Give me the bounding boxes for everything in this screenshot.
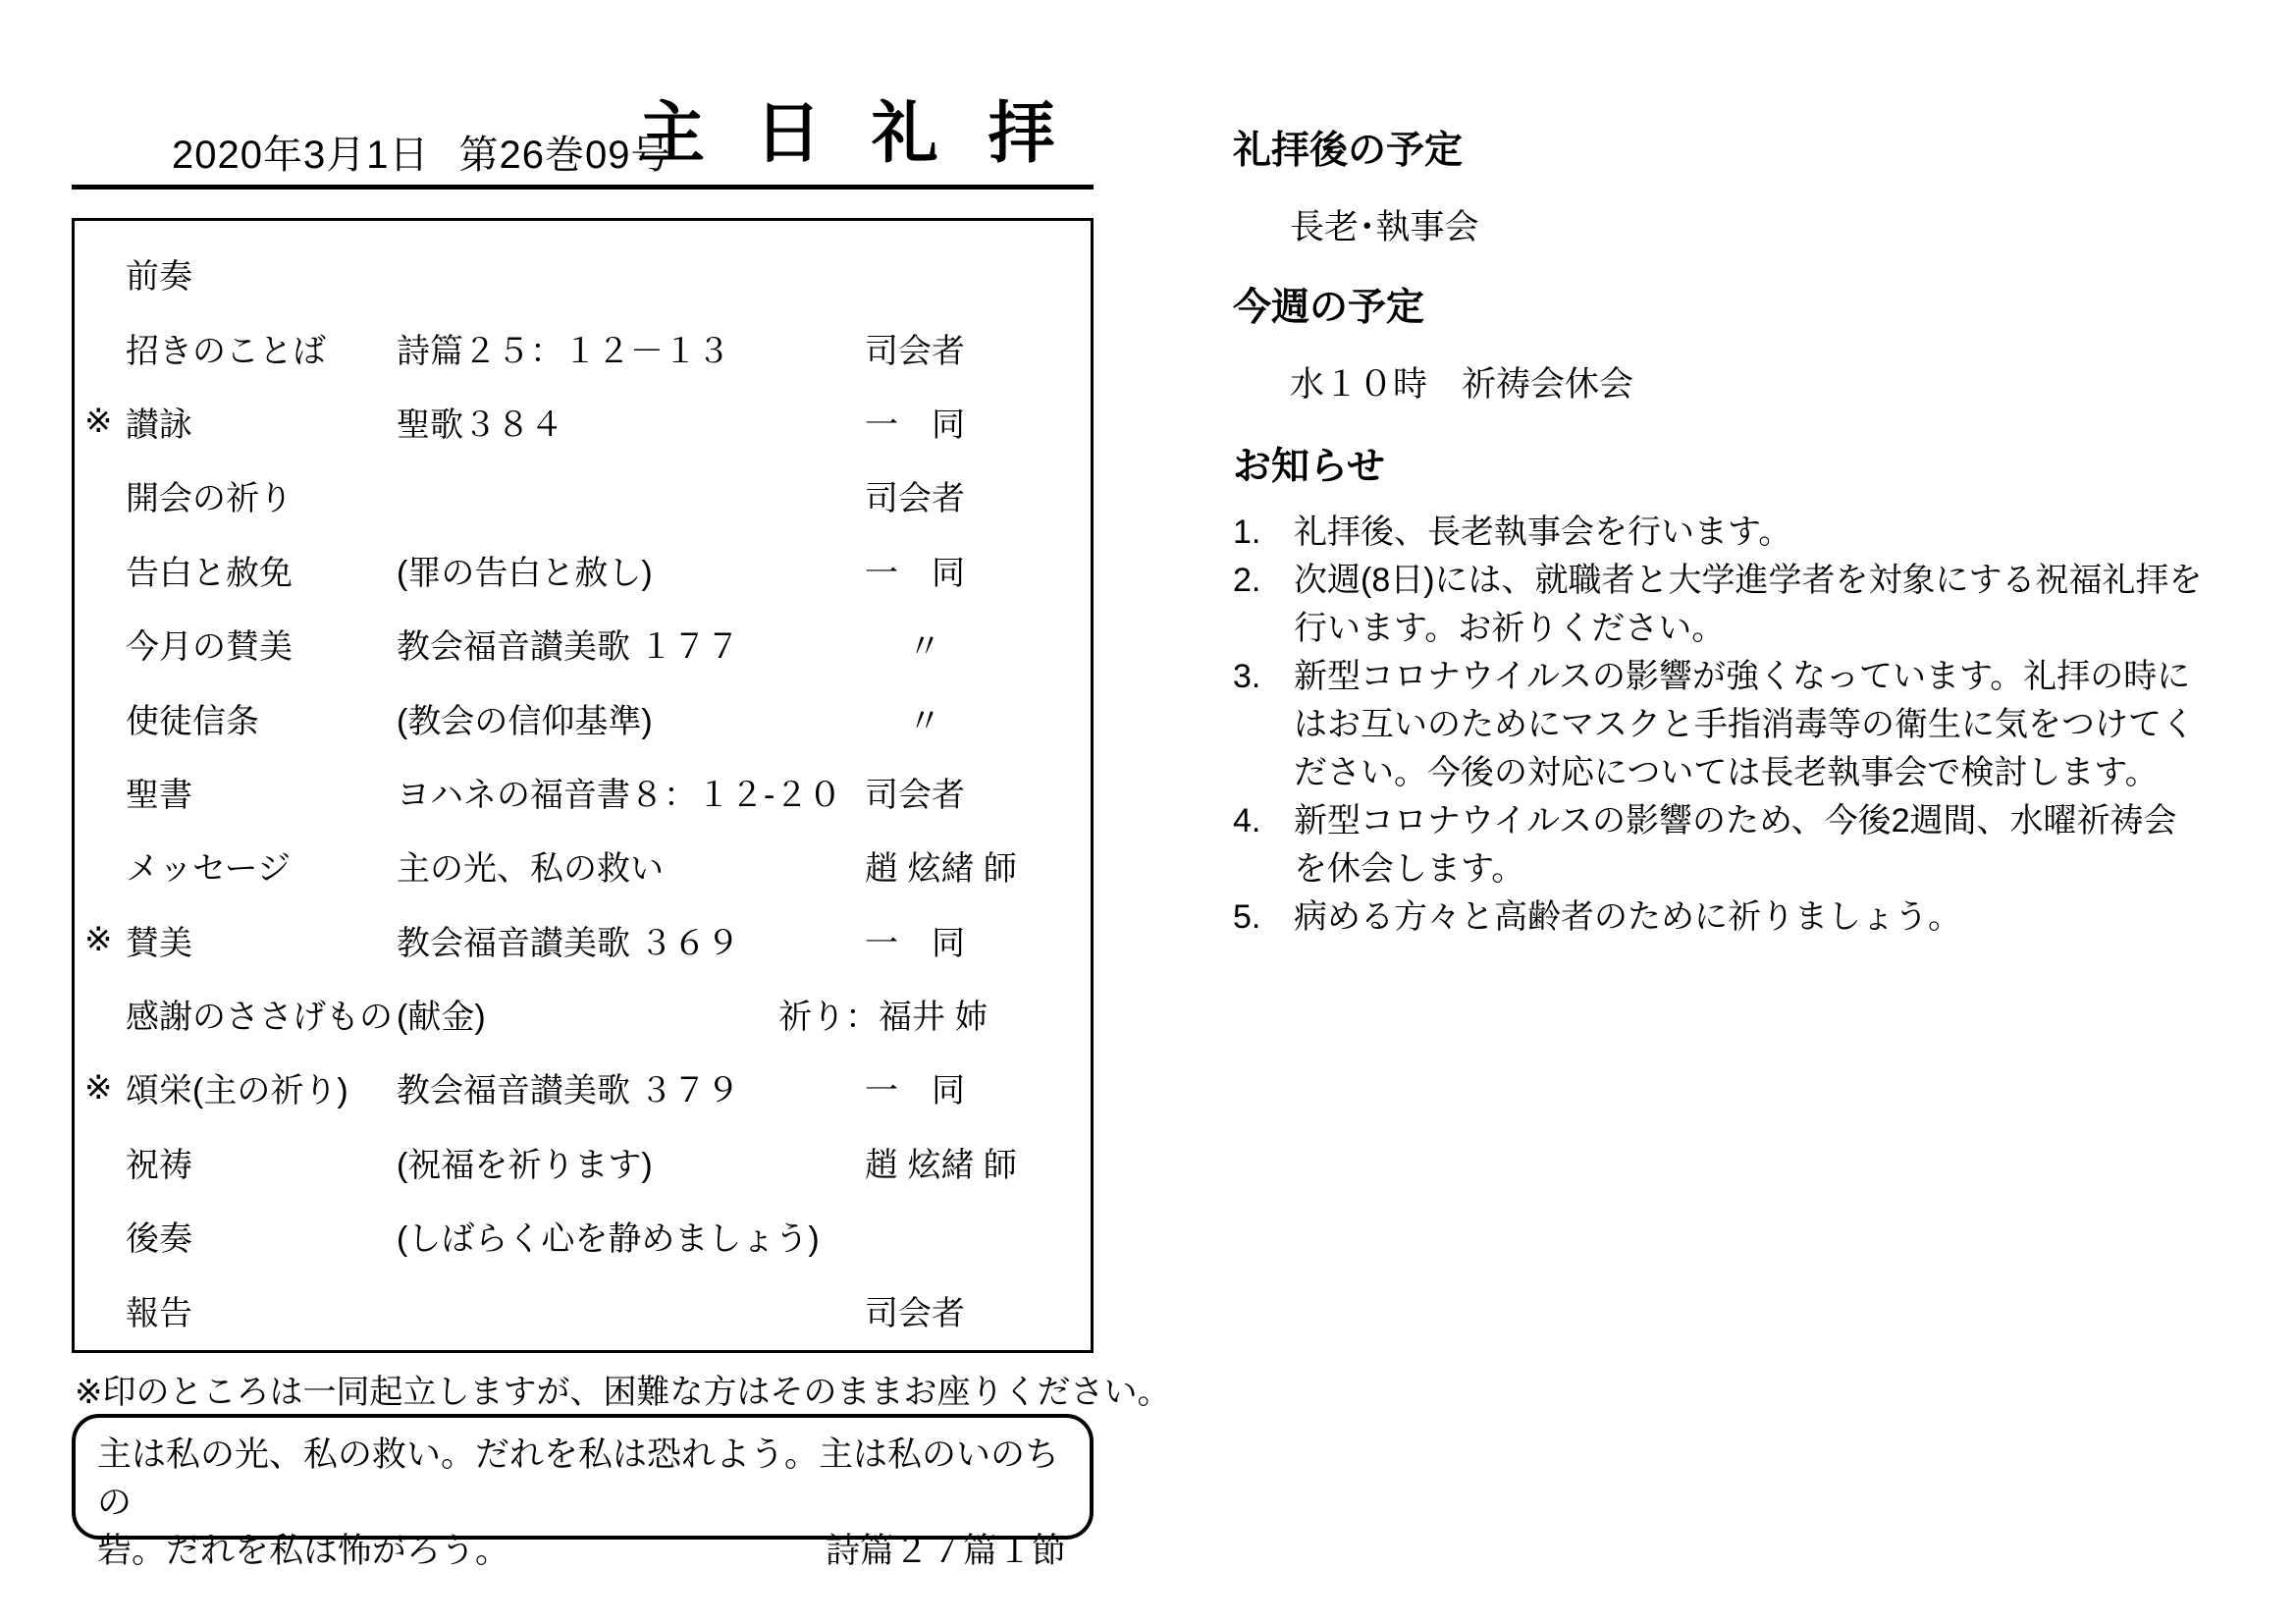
program-row-who: 司会者 xyxy=(865,324,965,372)
program-row-who: 司会者 xyxy=(865,1286,965,1334)
program-row-item: 聖書 xyxy=(126,768,397,816)
notice-text: 新型コロナウイルスの影響のため、今後2週間、水曜祈祷会を休会します。 xyxy=(1294,797,2207,893)
program-row-item: 報告 xyxy=(126,1286,397,1334)
program-row-item: 使徒信条 xyxy=(126,694,397,742)
program-row: 招きのことば詩篇２５：１２－１３司会者 xyxy=(84,310,1091,384)
program-row-item: 後奏 xyxy=(126,1212,397,1260)
program-row-item: 今月の賛美 xyxy=(126,620,397,668)
program-row-who: 一 同 xyxy=(865,916,965,964)
program-row: 告白と赦免(罪の告白と赦し)一 同 xyxy=(84,533,1091,607)
program-row: 開会の祈り司会者 xyxy=(84,459,1091,532)
section-this-week-item: 水１０時 祈祷会休会 xyxy=(1290,357,2207,406)
program-row: 感謝のささげもの(献金)祈り：福井 姉 xyxy=(84,977,1091,1051)
notice-item: 3.新型コロナウイルスの影響が強くなっています。礼拝の時にはお互いのためにマスク… xyxy=(1233,653,2207,797)
verse-reference: 詩篇２７篇１節 xyxy=(826,1527,1066,1575)
program-row-mark: ※ xyxy=(84,402,126,441)
page-title: 主 日 礼 拝 xyxy=(638,81,1071,176)
program-row-item: 告白と赦免 xyxy=(126,546,397,594)
program-row-detail: 詩篇２５：１２－１３ xyxy=(397,324,865,372)
program-row: 前奏 xyxy=(84,237,1091,310)
program-row-who: 司会者 xyxy=(865,471,965,519)
program-row-who: 〃 xyxy=(908,694,941,742)
notice-item: 2.次週(8日)には、就職者と大学進学者を対象にする祝福礼拝を行います。お祈りく… xyxy=(1233,557,2207,653)
program-row-item: 招きのことば xyxy=(126,324,397,372)
notice-number: 1. xyxy=(1233,509,1294,557)
program-row-who: 一 同 xyxy=(865,398,965,446)
program-row-detail: 教会福音讃美歌 １７７ xyxy=(397,620,865,668)
section-this-week-heading: 今週の予定 xyxy=(1233,277,2207,332)
program-row-item: 祝祷 xyxy=(126,1138,397,1186)
program-row-item: 讃詠 xyxy=(126,398,397,446)
issue-date: 2020年3月1日 xyxy=(172,124,429,180)
program-row-detail: (しばらく心を静めましょう) xyxy=(397,1212,865,1260)
masthead: 2020年3月1日 第26巻09号 xyxy=(172,124,670,180)
right-column: 礼拝後の予定 長老･執事会 今週の予定 水１０時 祈祷会休会 お知らせ 1.礼拝… xyxy=(1233,120,2207,942)
section-notices-heading: お知らせ xyxy=(1233,436,2207,491)
program-row-who: 〃 xyxy=(908,620,941,668)
program-row-item: 前奏 xyxy=(126,249,397,298)
program-row: 報告司会者 xyxy=(84,1272,1091,1346)
program-row-detail: 聖歌３８４ xyxy=(397,398,865,446)
program-row-detail: (祝福を祈ります) xyxy=(397,1138,865,1186)
program-row-detail: 主の光、私の救い xyxy=(397,841,865,890)
notice-text: 次週(8日)には、就職者と大学進学者を対象にする祝福礼拝を行います。お祈りくださ… xyxy=(1294,557,2207,653)
program-row: ※頌栄(主の祈り)教会福音讃美歌 ３７９一 同 xyxy=(84,1051,1091,1124)
program-row: ※讃詠聖歌３８４一 同 xyxy=(84,385,1091,459)
notice-item: 4.新型コロナウイルスの影響のため、今後2週間、水曜祈祷会を休会します。 xyxy=(1233,797,2207,893)
program-footnote: ※印のところは一同起立しますが、困難な方はそのままお座りください。 xyxy=(75,1365,1171,1413)
program-row-item: メッセージ xyxy=(126,841,397,890)
notice-number: 3. xyxy=(1233,653,1294,797)
program-row-item: 開会の祈り xyxy=(126,471,397,519)
verse-box: 主は私の光、私の救い。だれを私は恐れよう。主は私のいのちの 砦。だれを私は怖がろ… xyxy=(72,1414,1094,1540)
program-row-who: 趙 炫緒 師 xyxy=(865,841,1017,890)
notice-item: 5.病める方々と高齢者のために祈りましょう。 xyxy=(1233,893,2207,942)
notice-text: 新型コロナウイルスの影響が強くなっています。礼拝の時にはお互いのためにマスクと手… xyxy=(1294,653,2207,797)
program-row-detail: ヨハネの福音書８：１２-２０ xyxy=(397,768,865,816)
program-row: ※賛美教会福音讃美歌 ３６９一 同 xyxy=(84,903,1091,977)
notice-item: 1.礼拝後、長老執事会を行います。 xyxy=(1233,509,2207,557)
program-table: 前奏招きのことば詩篇２５：１２－１３司会者※讃詠聖歌３８４一 同開会の祈り司会者… xyxy=(72,218,1094,1353)
program-row: メッセージ主の光、私の救い趙 炫緒 師 xyxy=(84,829,1091,902)
program-row-who: 一 同 xyxy=(865,546,965,594)
program-row: 使徒信条(教会の信仰基準)〃 xyxy=(84,680,1091,754)
program-row: 祝祷(祝福を祈ります)趙 炫緒 師 xyxy=(84,1125,1091,1199)
program-row-item: 頌栄(主の祈り) xyxy=(126,1063,397,1111)
notice-number: 2. xyxy=(1233,557,1294,653)
section-after-service-item: 長老･執事会 xyxy=(1290,200,2207,249)
verse-line-2: 砦。だれを私は怖がろう。 詩篇２７篇１節 xyxy=(97,1527,1066,1575)
program-row-who: 司会者 xyxy=(865,768,965,816)
notice-number: 4. xyxy=(1233,797,1294,893)
program-row-mark: ※ xyxy=(84,1068,126,1108)
program-row: 今月の賛美教会福音讃美歌 １７７〃 xyxy=(84,607,1091,680)
program-row-detail: 教会福音讃美歌 ３６９ xyxy=(397,916,865,964)
notice-text: 礼拝後、長老執事会を行います。 xyxy=(1294,509,2207,557)
verse-line-1: 主は私の光、私の救い。だれを私は恐れよう。主は私のいのちの xyxy=(97,1431,1066,1527)
program-row-detail: (罪の告白と赦し) xyxy=(397,546,865,594)
program-row-detail: (教会の信仰基準) xyxy=(397,694,865,742)
verse-line-2-text: 砦。だれを私は怖がろう。 xyxy=(97,1527,509,1575)
program-row: 後奏(しばらく心を静めましょう) xyxy=(84,1199,1091,1272)
program-row-mark: ※ xyxy=(84,920,126,959)
notice-number: 5. xyxy=(1233,893,1294,942)
program-row-item: 賛美 xyxy=(126,916,397,964)
program-row-who: 趙 炫緒 師 xyxy=(865,1138,1017,1186)
program-row-detail: 教会福音讃美歌 ３７９ xyxy=(397,1063,865,1111)
program-row-item: 感謝のささげもの xyxy=(126,990,397,1038)
program-row-who: 一 同 xyxy=(865,1063,965,1111)
program-row: 聖書ヨハネの福音書８：１２-２０司会者 xyxy=(84,755,1091,829)
bulletin-page: 2020年3月1日 第26巻09号 主 日 礼 拝 前奏招きのことば詩篇２５：１… xyxy=(0,0,2296,1624)
program-row-who: 祈り：福井 姉 xyxy=(778,990,988,1038)
section-after-service-heading: 礼拝後の予定 xyxy=(1233,120,2207,175)
notices-list: 1.礼拝後、長老執事会を行います。2.次週(8日)には、就職者と大学進学者を対象… xyxy=(1233,509,2207,942)
notice-text: 病める方々と高齢者のために祈りましょう。 xyxy=(1294,893,2207,942)
title-rule xyxy=(72,185,1094,189)
